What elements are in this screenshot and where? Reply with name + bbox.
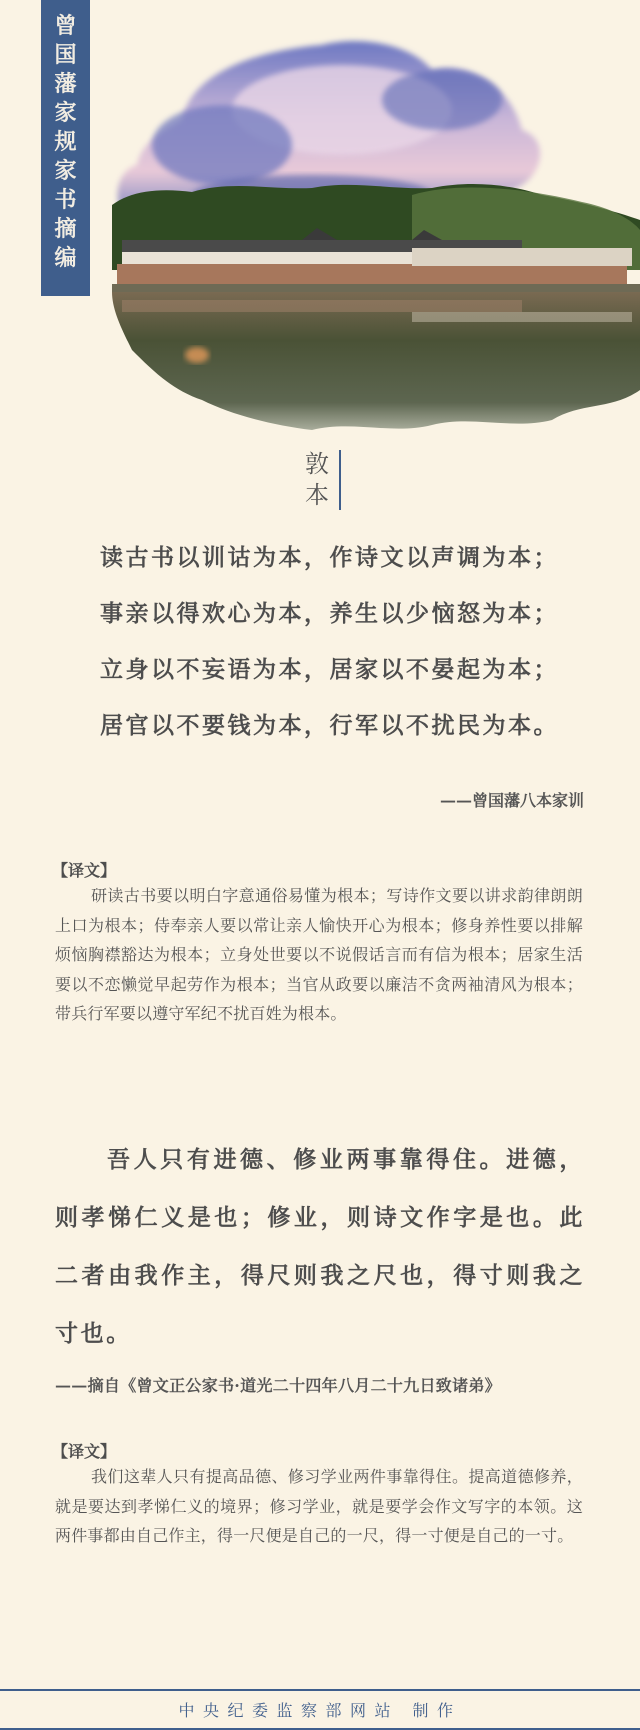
banner-char: 藩 [54,70,76,99]
footer-credit: 中央纪委监察部网站 制作 [0,1698,640,1721]
translation-label: 【译文】 [52,858,116,881]
section-title: 敦 本 [305,448,345,512]
landscape-illustration [112,30,640,450]
footer-top-rule [0,1689,640,1691]
banner-char: 家 [54,157,76,186]
poem-attribution: ——曾国藩八本家训 [440,788,584,811]
section-title-char: 本 [305,480,329,511]
hero-image [112,30,640,450]
banner-char: 编 [54,244,76,273]
section-title-char: 敦 [305,449,329,480]
title-banner: 曾 国 藩 家 规 家 书 摘 编 [41,0,90,296]
banner-char: 国 [54,41,76,70]
poem-line: 居官以不要钱为本，行军以不扰民为本。 [100,711,580,767]
poem-line: 读古书以训诂为本，作诗文以声调为本； [100,543,580,599]
translation-text: 研读古书要以明白字意通俗易懂为根本；写诗作文要以讲求韵律朗朗上口为根本；侍奉亲人… [55,881,583,1029]
translation-label: 【译文】 [52,1439,116,1462]
banner-char: 家 [54,99,76,128]
poem-block: 读古书以训诂为本，作诗文以声调为本； 事亲以得欢心为本，养生以少恼怒为本； 立身… [100,543,580,767]
translation-text: 我们这辈人只有提高品德、修习学业两件事靠得住。提高道德修养，就是要达到孝悌仁义的… [55,1462,583,1551]
banner-char: 规 [54,128,76,157]
banner-char: 摘 [54,215,76,244]
poem-line: 立身以不妄语为本，居家以不晏起为本； [100,655,580,711]
quote-text: 吾人只有进德、修业两事靠得住。进德，则孝悌仁义是也；修业，则诗文作字是也。此二者… [55,1131,585,1363]
banner-char: 曾 [54,12,76,41]
quote-attribution: ——摘自《曾文正公家书·道光二十四年八月二十九日致诸弟》 [55,1373,501,1396]
poem-line: 事亲以得欢心为本，养生以少恼怒为本； [100,599,580,655]
banner-char: 书 [54,186,76,215]
section-title-rule [339,450,341,510]
